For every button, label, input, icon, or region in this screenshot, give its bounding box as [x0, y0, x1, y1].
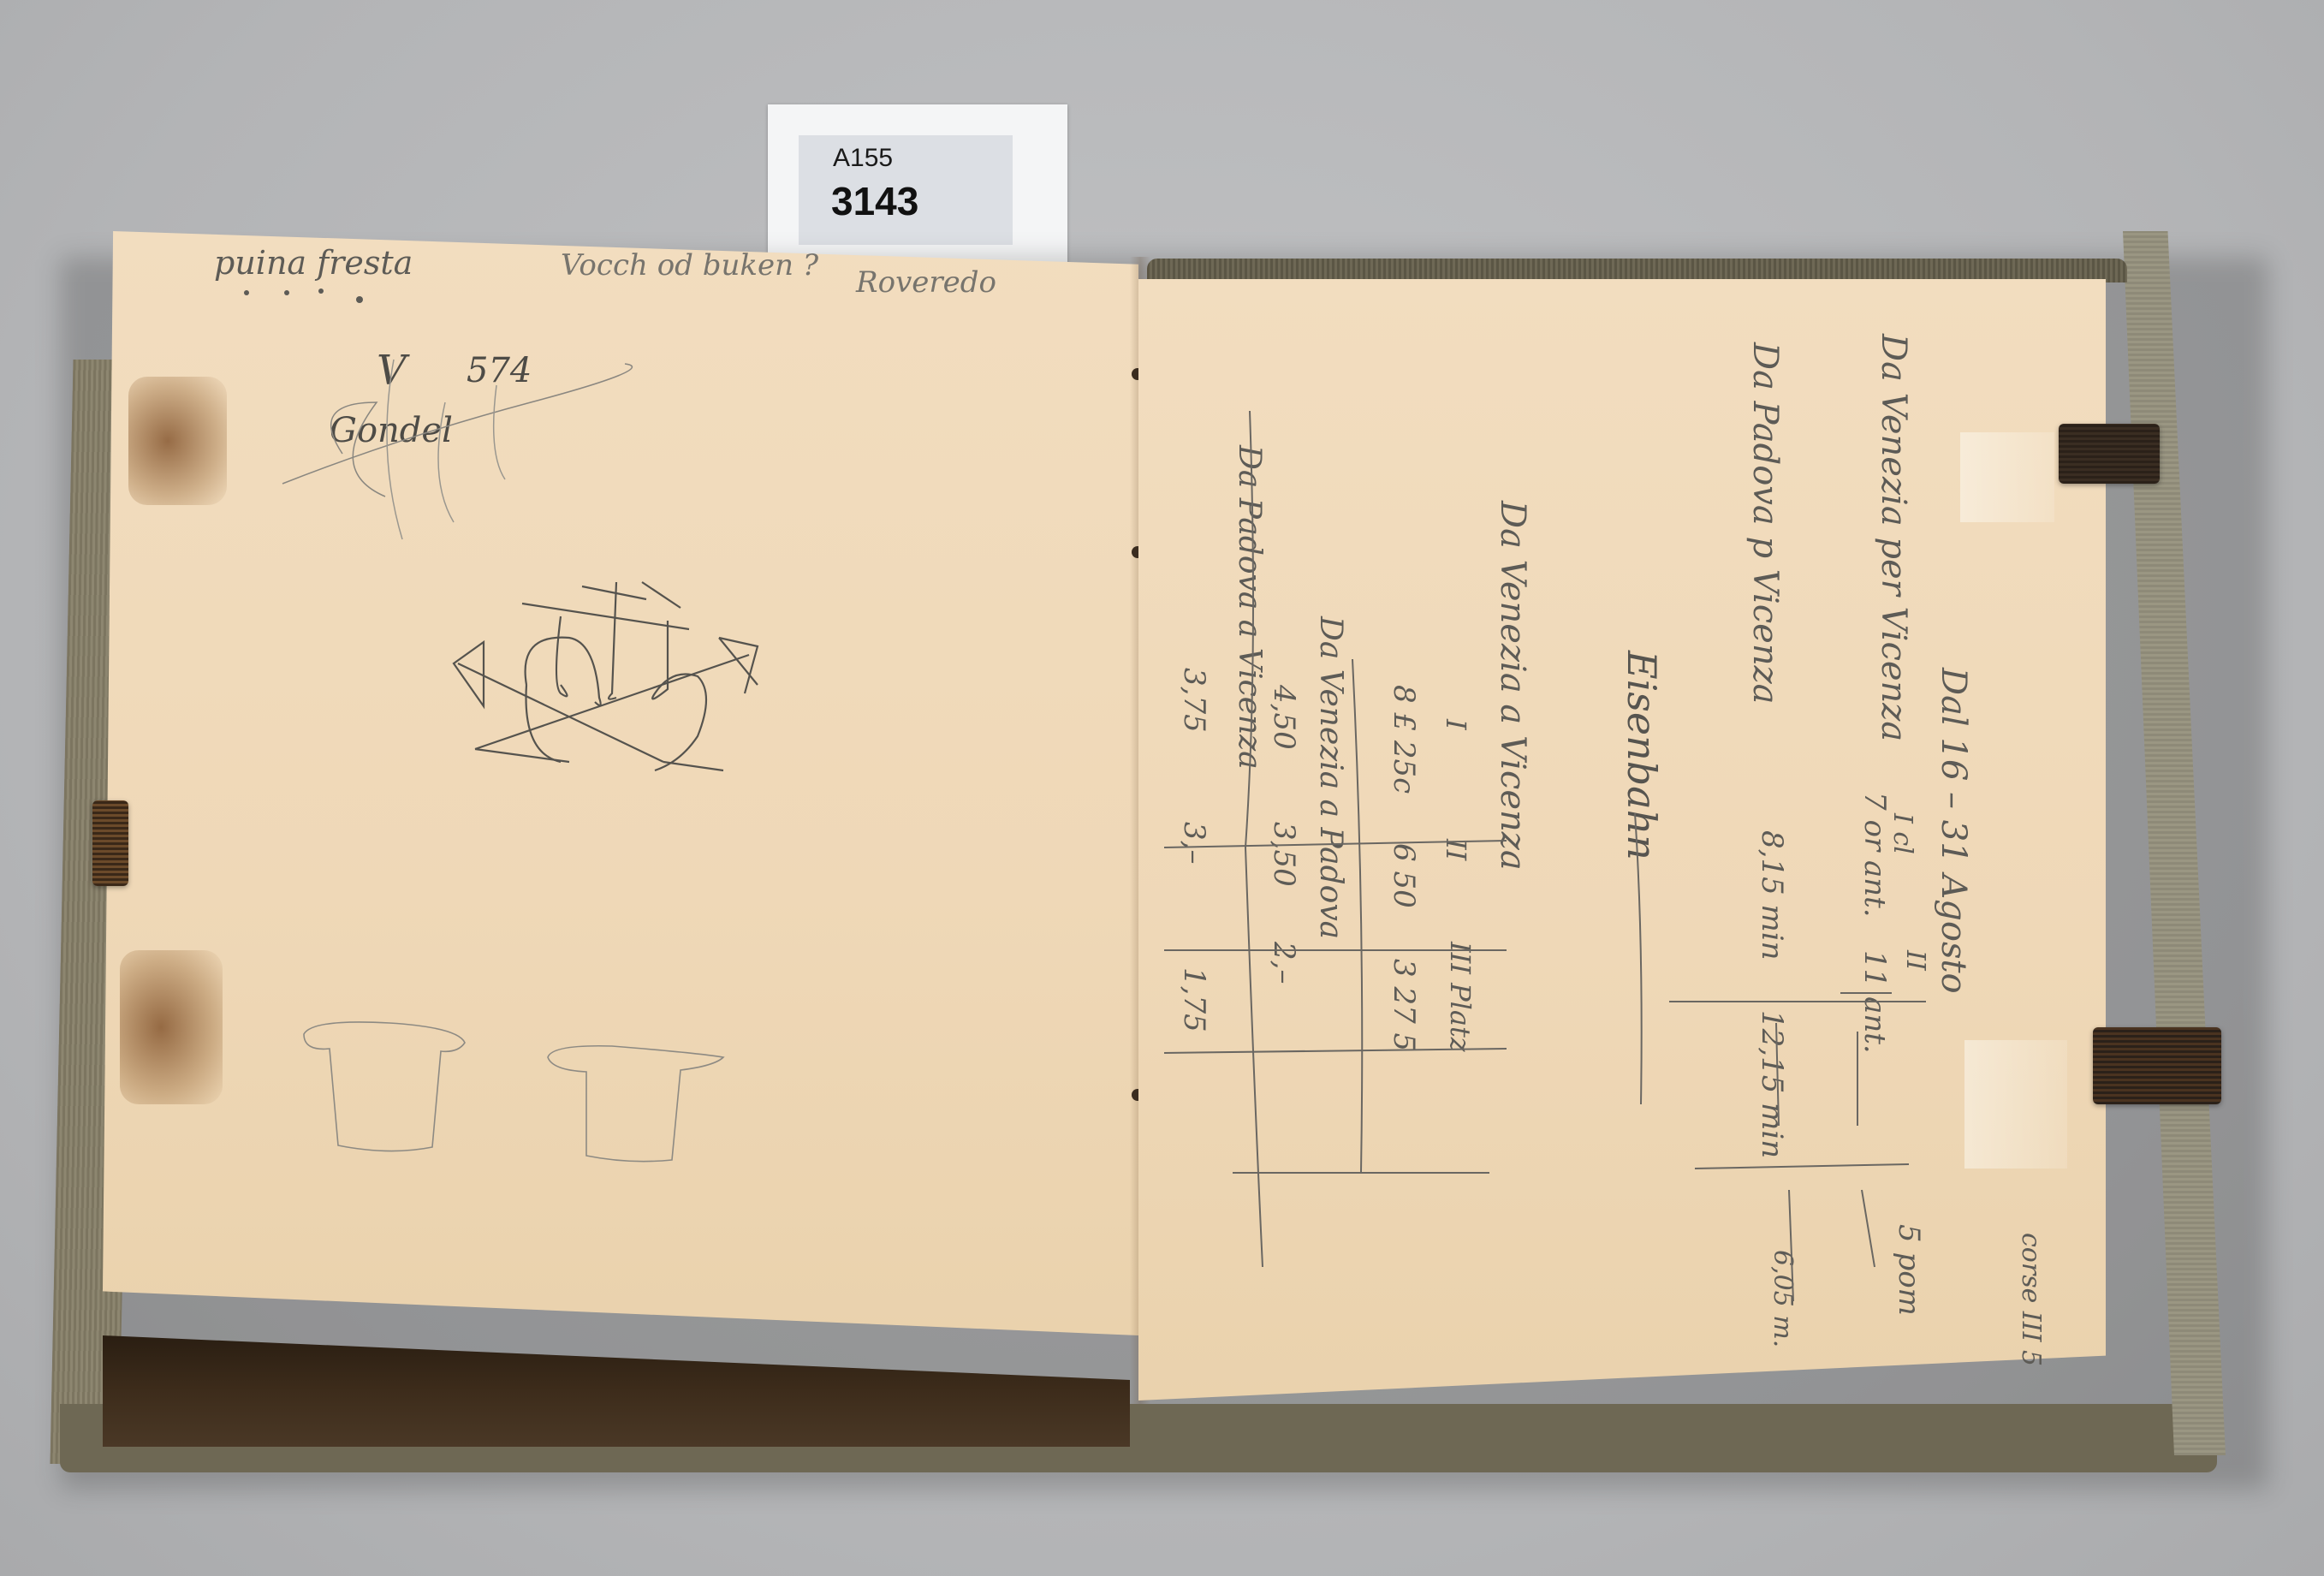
- note-puina-fresta: puina fresta: [214, 244, 413, 282]
- route-padova-vicenza: Da Padova p Vicenza: [1745, 342, 1785, 705]
- cloth-cover-top-band: [1147, 259, 2127, 282]
- corse-note: corse III 5: [2016, 1233, 2046, 1366]
- clasp-stain-lower-left: [120, 950, 223, 1104]
- route-venezia-vicenza: Da Venezia per Vicenza: [1874, 334, 1913, 741]
- label-code: A155: [833, 144, 893, 173]
- dot-marks: [240, 282, 496, 317]
- clasp-stain-upper-right: [1960, 432, 2054, 522]
- fares-grid: [1147, 402, 1507, 1276]
- label-number: 3143: [831, 178, 918, 224]
- label-inner-panel: A155 3143: [799, 135, 1013, 245]
- monogram-sketch-icon: [441, 565, 766, 770]
- timetable-header: Dal 16 – 31 Agosto: [1934, 668, 1973, 994]
- note-vocch-od-buken: Vocch od buken ?: [561, 248, 818, 282]
- leather-clasp-left: [92, 800, 128, 886]
- time-padova-1: 8,15 min: [1755, 830, 1789, 960]
- class-label-1: I cl: [1887, 813, 1917, 854]
- signature-flourish-icon: [274, 351, 633, 548]
- leather-clasp-lower-right: [2093, 1027, 2221, 1104]
- leather-clasp-upper-right: [2059, 424, 2160, 484]
- clasp-stain-lower-right: [1964, 1040, 2067, 1169]
- note-roveredo: Roveredo: [856, 265, 996, 300]
- class-label-2: II: [1900, 950, 1930, 971]
- timetable-grid: [1669, 984, 1926, 1327]
- time-venezia-1: 7 or ant.: [1857, 792, 1892, 918]
- eisenbahn-underline: [1631, 813, 1656, 1113]
- top-hat-sketches-icon: [304, 1019, 766, 1164]
- clasp-stain-upper-left: [128, 377, 227, 505]
